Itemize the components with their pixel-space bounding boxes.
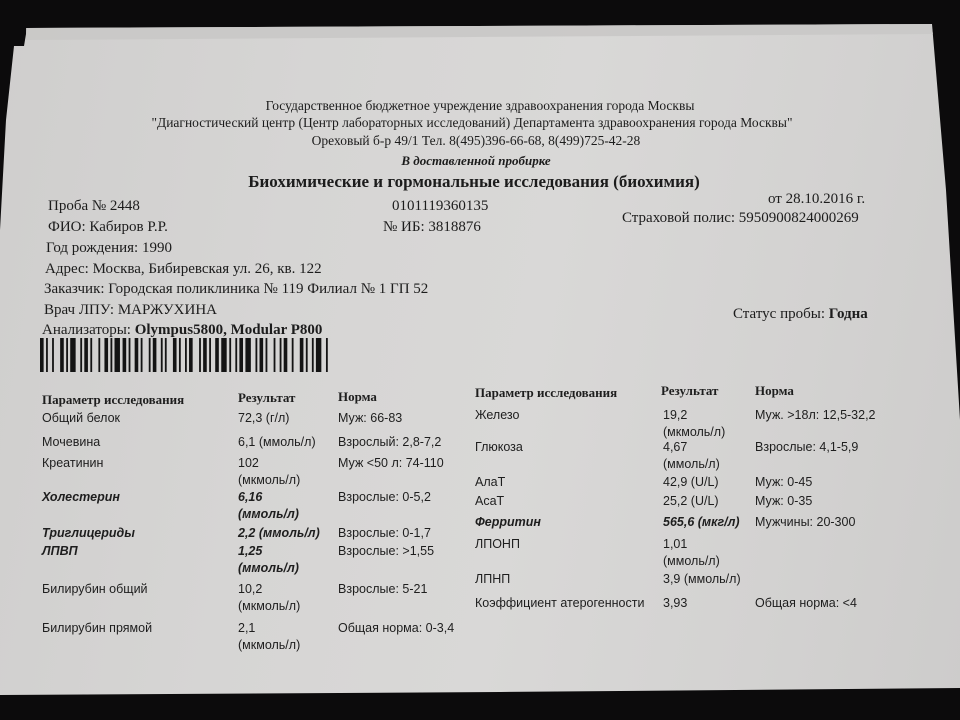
norm-cell: Муж. >18л: 12,5-32,2 — [755, 407, 876, 424]
header-result: Результат — [661, 383, 718, 399]
param-cell: Коэффициент атерогенности — [475, 595, 644, 612]
header-norm: Норма — [338, 389, 377, 405]
sample-number: Проба № 2448 — [48, 198, 140, 215]
sample-status: Статус пробы: Годна — [733, 306, 868, 323]
param-cell: Триглицериды — [42, 525, 135, 542]
result-cell: 2,2 (ммоль/л) — [238, 525, 320, 542]
header-result: Результат — [238, 390, 295, 406]
sample-note: В доставленной пробирке — [0, 153, 956, 169]
norm-cell: Муж: 66-83 — [338, 410, 402, 427]
institution-line-2: "Диагностический центр (Центр лабораторн… — [0, 115, 952, 131]
sample-code: 0101119360135 — [392, 198, 488, 215]
result-cell: 2,1(мкмоль/л) — [238, 620, 300, 654]
norm-cell: Взрослые: 5-21 — [338, 581, 427, 598]
insurance-policy: Страховой полис: 5950900824000269 — [622, 210, 859, 227]
norm-cell: Взрослый: 2,8-7,2 — [338, 434, 441, 451]
param-cell: Креатинин — [42, 455, 103, 472]
param-cell: Билирубин прямой — [42, 620, 152, 637]
norm-cell: Мужчины: 20-300 — [755, 514, 855, 531]
result-cell: 72,3 (г/л) — [238, 410, 289, 427]
norm-cell: Муж: 0-45 — [755, 474, 812, 491]
norm-cell: Взрослые: >1,55 — [338, 543, 434, 560]
param-cell: ЛПВП — [42, 543, 78, 560]
patient-name: ФИО: Кабиров Р.Р. — [48, 219, 168, 236]
birth-year: Год рождения: 1990 — [46, 240, 172, 257]
result-cell: 19,2(мкмоль/л) — [663, 407, 725, 441]
barcode — [40, 338, 330, 372]
institution-address: Ореховый б-р 49/1 Тел. 8(495)396-66-68, … — [0, 133, 956, 149]
norm-cell: Взрослые: 4,1-5,9 — [755, 439, 858, 456]
report-date: от 28.10.2016 г. — [768, 191, 865, 208]
status-value: Годна — [829, 306, 868, 322]
result-cell: 42,9 (U/L) — [663, 474, 719, 491]
param-cell: ЛПНП — [475, 571, 510, 588]
norm-cell: Взрослые: 0-1,7 — [338, 525, 431, 542]
result-cell: 3,93 — [663, 595, 687, 612]
document-title: Биохимические и гормональные исследовани… — [0, 172, 954, 192]
param-cell: Ферритин — [475, 514, 541, 531]
norm-cell: Муж: 0-35 — [755, 493, 812, 510]
param-cell: Глюкоза — [475, 439, 523, 456]
case-number: № ИБ: 3818876 — [383, 219, 481, 236]
norm-cell: Муж <50 л: 74-110 — [338, 455, 444, 472]
param-cell: Общий белок — [42, 410, 120, 427]
result-cell: 6,16(ммоль/л) — [238, 489, 299, 523]
header-param: Параметр исследования — [42, 392, 184, 408]
result-cell: 3,9 (ммоль/л) — [663, 571, 741, 588]
analyzers-label: Анализаторы: — [42, 322, 135, 338]
result-cell: 25,2 (U/L) — [663, 493, 719, 510]
header-norm: Норма — [755, 383, 794, 399]
analyzers: Анализаторы: Olympus5800, Modular P800 — [42, 322, 322, 339]
norm-cell: Общая норма: 0-3,4 — [338, 620, 454, 637]
result-cell: 10,2(мкмоль/л) — [238, 581, 300, 615]
norm-cell: Взрослые: 0-5,2 — [338, 489, 431, 506]
result-cell: 1,01(ммоль/л) — [663, 536, 720, 570]
header-param: Параметр исследования — [475, 385, 617, 401]
institution-line-1: Государственное бюджетное учреждение здр… — [0, 98, 960, 114]
status-label: Статус пробы: — [733, 306, 829, 322]
result-cell: 6,1 (ммоль/л) — [238, 434, 316, 451]
param-cell: ЛПОНП — [475, 536, 520, 553]
patient-address: Адрес: Москва, Бибиревская ул. 26, кв. 1… — [45, 261, 322, 278]
param-cell: АлаТ — [475, 474, 505, 491]
analyzers-value: Olympus5800, Modular P800 — [135, 322, 323, 338]
param-cell: АсаТ — [475, 493, 504, 510]
norm-cell: Общая норма: <4 — [755, 595, 857, 612]
result-cell: 1,25(ммоль/л) — [238, 543, 299, 577]
doctor: Врач ЛПУ: МАРЖУХИНА — [44, 302, 217, 319]
param-cell: Мочевина — [42, 434, 100, 451]
result-cell: 4,67(ммоль/л) — [663, 439, 720, 473]
param-cell: Холестерин — [42, 489, 120, 506]
result-cell: 102(мкмоль/л) — [238, 455, 300, 489]
result-cell: 565,6 (мкг/л) — [663, 514, 740, 531]
param-cell: Железо — [475, 407, 519, 424]
param-cell: Билирубин общий — [42, 581, 148, 598]
customer: Заказчик: Городская поликлиника № 119 Фи… — [44, 281, 428, 298]
